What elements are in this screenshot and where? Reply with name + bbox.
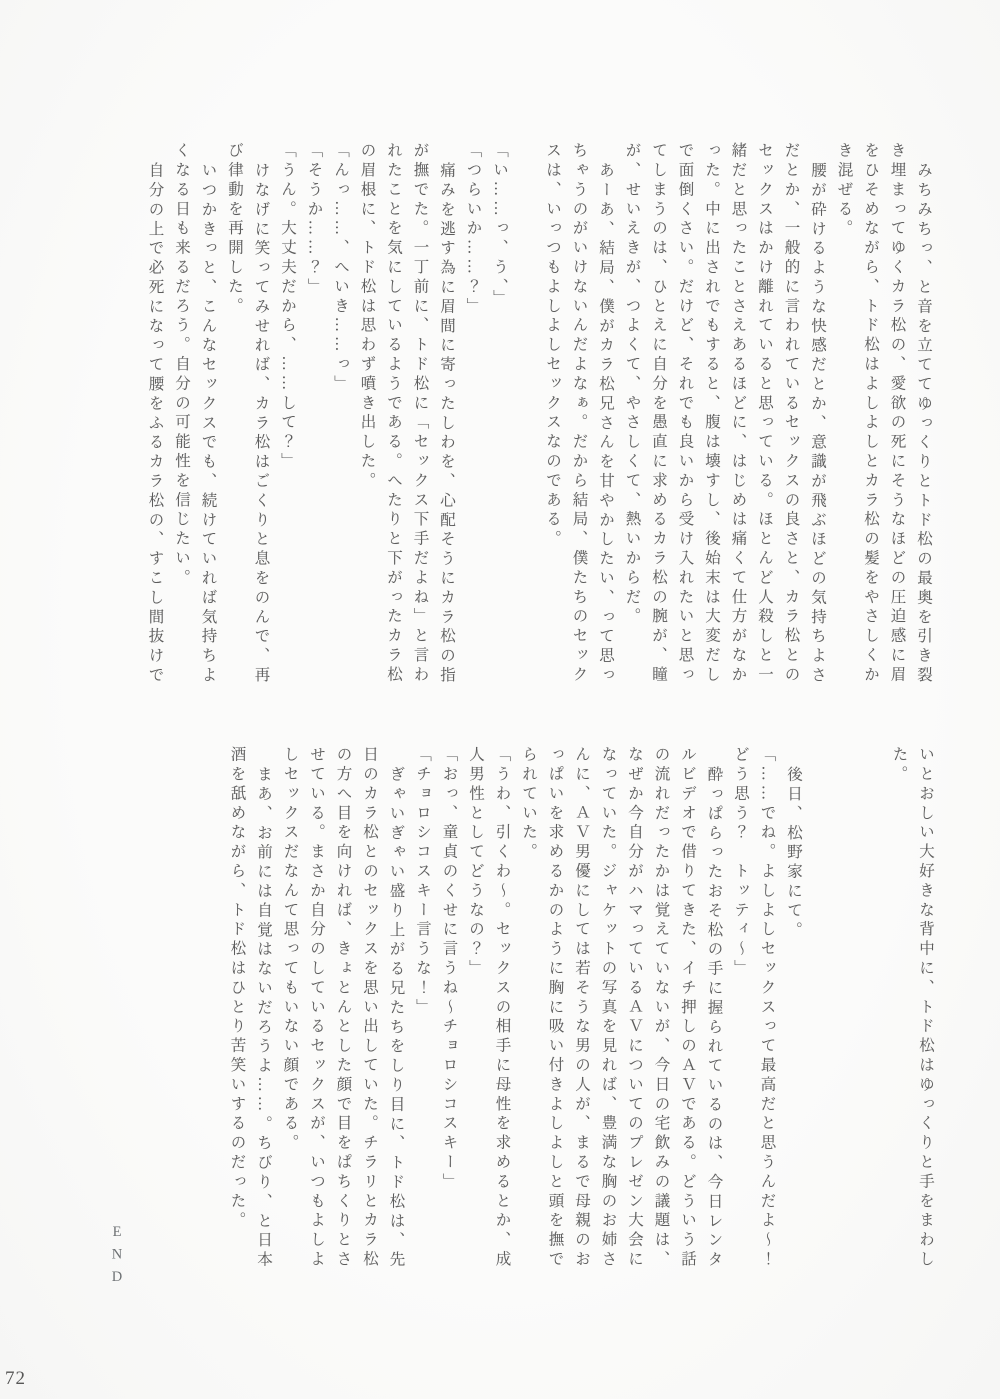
paragraph: 「……でね。よしよしセックスって最高だと思うんだよ〜！どう思う？ トッティ〜」 [727, 746, 780, 1288]
paragraph: けなげに笑ってみせれば、カラ松はごくりと息をのんで、再び律動を再開した。 [221, 142, 274, 690]
paragraph: みちみちっ、と音を立ててゆっくりとトド松の最奥を引き裂き埋まってゆくカラ松の、愛… [830, 142, 936, 690]
paragraph: 「おっ、童貞のくせに言うね〜チョロシコスキー」 [435, 746, 462, 1288]
page-number: 72 [5, 1368, 26, 1390]
paragraph: 腰が砕けるような快感だとか、意識が飛ぶほどの気持ちよさだとか、一般的に言われてい… [618, 142, 830, 690]
top-text-block: みちみちっ、と音を立ててゆっくりとトド松の最奥を引き裂き埋まってゆくカラ松の、愛… [141, 142, 936, 690]
paragraph: 「い……っ、う、」 [486, 142, 513, 690]
paragraph: 痛みを逃す為に眉間に寄ったしわを、心配そうにカラ松の指が撫でた。一丁前に、トド松… [353, 142, 459, 690]
scanned-novel-page: みちみちっ、と音を立ててゆっくりとトド松の最奥を引き裂き埋まってゆくカラ松の、愛… [0, 0, 1000, 1399]
paragraph: ぎゃいぎゃい盛り上がる兄たちをしり目に、トド松は、先日のカラ松とのセックスを思い… [276, 746, 409, 1288]
bottom-text-block: いとおしい大好きな背中に、トド松はゆっくりと手をまわした。後日、松野家にて。「…… [223, 746, 938, 1288]
paragraph: いとおしい大好きな背中に、トド松はゆっくりと手をまわした。 [885, 746, 938, 1288]
paragraph: 酔っぱらったおそ松の手に握られているのは、今日レンタルビデオで借りてきた、イチ押… [515, 746, 727, 1288]
end-label: END [108, 1224, 125, 1292]
paragraph: 「んっ……、へいき……っ」 [327, 142, 354, 690]
paragraph: まあ、お前には自覚はないだろうよ……。ちびり、と日本酒を舐めながら、トド松はひと… [223, 746, 276, 1288]
paragraph: 後日、松野家にて。 [780, 746, 807, 1288]
paragraph: あーあ、結局、僕がカラ松兄さんを甘やかしたい、って思っちゃうのがいけないんだよな… [539, 142, 619, 690]
paragraph: 自分の上で必死になって腰をふるカラ松の、すこし間抜けで [141, 142, 168, 690]
paragraph: 「うわ、引くわ〜。セックスの相手に母性を求めるとか、成人男性としてどうなの？」 [462, 746, 515, 1288]
paragraph: 「つらいか……？」 [459, 142, 486, 690]
paragraph: 「そうか……？」 [300, 142, 327, 690]
paragraph: いつかきっと、こんなセックスでも、続けていれば気持ちよくなる日も来るだろう。自分… [168, 142, 221, 690]
paragraph: 「チョロシコスキー言うな！」 [409, 746, 436, 1288]
paragraph: 「うん。大丈夫だから、……して？」 [274, 142, 301, 690]
